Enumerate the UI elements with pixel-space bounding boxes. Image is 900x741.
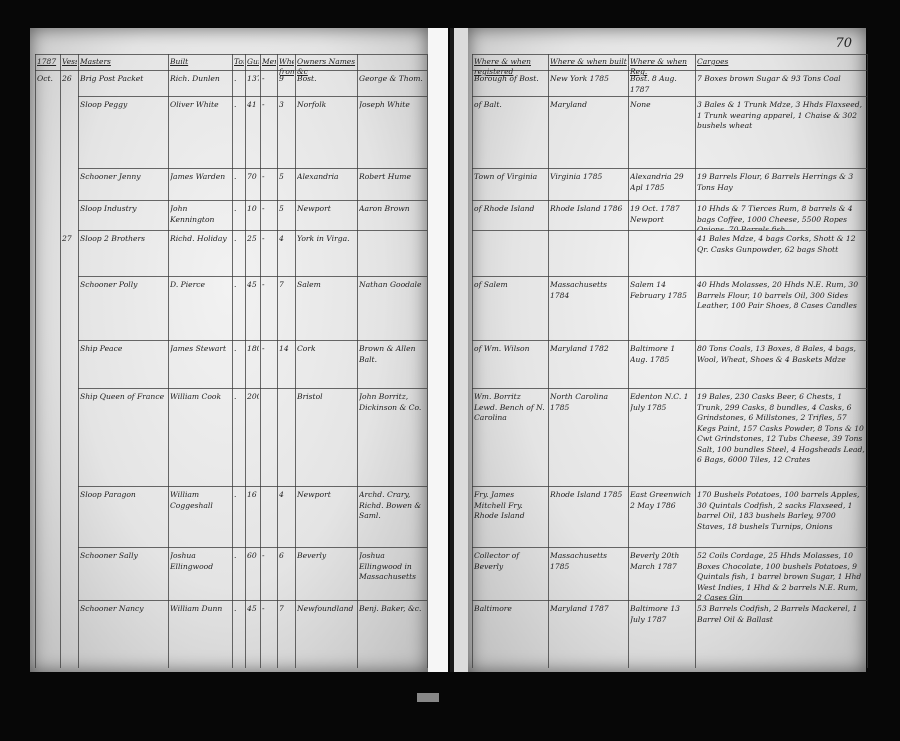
entry-month [37, 172, 59, 200]
entry-guns: - [262, 204, 276, 230]
entry-vessel: Schooner Nancy [80, 604, 167, 668]
row-rule [78, 600, 427, 601]
entry-day [62, 490, 77, 547]
entry-men [279, 392, 294, 486]
row-rule [78, 230, 427, 231]
entry-month [37, 204, 59, 230]
entry-tons: 41 [247, 100, 259, 168]
entry-day [62, 172, 77, 200]
entry-cargo: 7 Boxes brown Sugar & 93 Tons Coal [697, 74, 865, 96]
entry-whence: Newport [297, 204, 356, 230]
entry-owners [359, 234, 426, 276]
entry-when-registered: Alexandria 29 Apl 1785 [630, 172, 693, 200]
entry-guns: - [262, 172, 276, 200]
row-rule [472, 388, 867, 389]
entry-master: Richd. Holiday [170, 234, 231, 276]
entry-men: 6 [279, 551, 294, 600]
entry-day: 26 [62, 74, 77, 96]
entry-when-registered [630, 234, 693, 276]
entry-place-registered: Fry. James Mitchell Fry. Rhode Island [474, 490, 546, 547]
entry-whence: York in Virga. [297, 234, 356, 276]
entry-men: 14 [279, 344, 294, 388]
entry-when-registered: East Greenwich 2 May 1786 [630, 490, 693, 547]
entry-guns: - [262, 551, 276, 600]
row-rule [78, 486, 427, 487]
entry-whence: Newfoundland [297, 604, 356, 668]
entry-day [62, 551, 77, 600]
entry-month [37, 280, 59, 340]
entry-whence: Beverly [297, 551, 356, 600]
entry-tons: 45 [247, 280, 259, 340]
entry-built: . [234, 100, 244, 168]
row-rule [472, 96, 867, 97]
entry-vessel: Ship Peace [80, 344, 167, 388]
entry-day [62, 100, 77, 168]
entry-day [62, 392, 77, 486]
entry-month [37, 392, 59, 486]
entry-day: 27 [62, 234, 77, 276]
entry-vessel: Schooner Sally [80, 551, 167, 600]
entry-place-registered: Baltimore [474, 604, 546, 668]
header-rule [472, 54, 867, 55]
entry-guns: - [262, 100, 276, 168]
entry-cargo: 19 Bales, 230 Casks Beer, 6 Chests, 1 Tr… [697, 392, 865, 486]
entry-owners: Robert Hume [359, 172, 426, 200]
entry-men: 3 [279, 100, 294, 168]
entry-men: 5 [279, 172, 294, 200]
entry-built: . [234, 392, 244, 486]
entry-men: 5 [279, 204, 294, 230]
entry-built: . [234, 490, 244, 547]
row-rule [472, 547, 867, 548]
entry-whence: Cork [297, 344, 356, 388]
entry-built: . [234, 344, 244, 388]
entry-guns: - [262, 234, 276, 276]
column-header: Masters [80, 57, 167, 67]
entry-cargo: 170 Bushels Potatoes, 100 barrels Apples… [697, 490, 865, 547]
entry-owners: George & Thom. [359, 74, 426, 96]
entry-vessel: Ship Queen of France [80, 392, 167, 486]
column-rule [78, 54, 79, 668]
entry-guns [262, 392, 276, 486]
column-header: Where & when built [550, 57, 627, 67]
entry-owners: John Borritz, Dickinson & Co. [359, 392, 426, 486]
row-rule [78, 340, 427, 341]
row-rule [472, 168, 867, 169]
entry-when-registered: Beverly 20th March 1787 [630, 551, 693, 600]
entry-place-registered: of Rhode Island [474, 204, 546, 230]
column-header: Men [262, 57, 276, 67]
entry-master: William Dunn [170, 604, 231, 668]
row-rule [472, 200, 867, 201]
entry-day [62, 204, 77, 230]
entry-where-built: Maryland 1787 [550, 604, 626, 668]
entry-place-registered: Borough of Bost. [474, 74, 546, 96]
entry-month [37, 604, 59, 668]
column-rule [60, 54, 61, 668]
entry-where-built: Rhode Island 1786 [550, 204, 626, 230]
header-rule [35, 70, 427, 71]
column-header: Tons [234, 57, 244, 67]
entry-month [37, 551, 59, 600]
entry-tons: 200 [247, 392, 259, 486]
entry-master: William Cook [170, 392, 231, 486]
entry-whence: Norfolk [297, 100, 356, 168]
entry-month: Oct. [37, 74, 59, 96]
entry-place-registered: Collector of Beverly [474, 551, 546, 600]
column-rule [695, 54, 696, 668]
entry-month [37, 490, 59, 547]
row-rule [472, 600, 867, 601]
entry-whence: Newport [297, 490, 356, 547]
entry-built: . [234, 172, 244, 200]
column-rule [35, 54, 36, 668]
entry-guns: - [262, 344, 276, 388]
entry-when-registered: None [630, 100, 693, 168]
row-rule [78, 547, 427, 548]
row-rule [78, 200, 427, 201]
entry-owners: Aaron Brown [359, 204, 426, 230]
entry-master: Rich. Dunlen [170, 74, 231, 96]
entry-place-registered: Town of Virginia [474, 172, 546, 200]
entry-when-registered: Bost. 8 Aug. 1787 [630, 74, 693, 96]
entry-owners: Nathan Goodale [359, 280, 426, 340]
entry-day [62, 280, 77, 340]
entry-built: . [234, 204, 244, 230]
entry-built: . [234, 234, 244, 276]
column-rule [867, 54, 868, 668]
entry-master: Joshua Ellingwood [170, 551, 231, 600]
entry-when-registered: Salem 14 February 1785 [630, 280, 693, 340]
column-rule [260, 54, 261, 668]
entry-vessel: Sloop 2 Brothers [80, 234, 167, 276]
entry-tons: 16 [247, 490, 259, 547]
entry-when-registered: Edenton N.C. 1 July 1785 [630, 392, 693, 486]
column-rule [548, 54, 549, 668]
entry-where-built: Virginia 1785 [550, 172, 626, 200]
entry-cargo: 10 Hhds & 7 Tierces Rum, 8 barrels & 4 b… [697, 204, 865, 230]
header-rule [35, 54, 427, 55]
entry-place-registered: Wm. Borritz Lewd. Bench of N. Carolina [474, 392, 546, 486]
entry-cargo: 3 Bales & 1 Trunk Mdze, 3 Hhds Flaxseed,… [697, 100, 865, 168]
entry-men: 9 [279, 74, 294, 96]
entry-month [37, 234, 59, 276]
entry-where-built [550, 234, 626, 276]
entry-men: 7 [279, 604, 294, 668]
archive-label [417, 693, 439, 702]
entry-owners: Brown & Allen Balt. [359, 344, 426, 388]
entry-whence: Bristol [297, 392, 356, 486]
entry-tons: 137 [247, 74, 259, 96]
column-header: Vessels [62, 57, 77, 67]
entry-cargo: 80 Tons Coals, 13 Boxes, 8 Bales, 4 bags… [697, 344, 865, 388]
entry-place-registered: of Salem [474, 280, 546, 340]
entry-guns: - [262, 74, 276, 96]
entry-built: . [234, 551, 244, 600]
page-number: 70 [835, 36, 852, 51]
entry-built: . [234, 604, 244, 668]
entry-when-registered: 19 Oct. 1787 Newport [630, 204, 693, 230]
entry-master: D. Pierce [170, 280, 231, 340]
entry-whence: Bost. [297, 74, 356, 96]
book-gutter [454, 28, 468, 672]
entry-when-registered: Baltimore 1 Aug. 1785 [630, 344, 693, 388]
entry-day [62, 604, 77, 668]
entry-tons: 45 [247, 604, 259, 668]
entry-vessel: Schooner Polly [80, 280, 167, 340]
entry-master: Oliver White [170, 100, 231, 168]
column-rule [357, 54, 358, 668]
column-rule [472, 54, 473, 668]
entry-guns: - [262, 604, 276, 668]
entry-where-built: Maryland [550, 100, 626, 168]
entry-tons: 25 [247, 234, 259, 276]
entry-place-registered [474, 234, 546, 276]
column-rule [168, 54, 169, 668]
entry-day [62, 344, 77, 388]
entry-month [37, 100, 59, 168]
entry-men: 4 [279, 490, 294, 547]
entry-master: James Stewart [170, 344, 231, 388]
column-header: Built [170, 57, 231, 67]
entry-master: John Kennington [170, 204, 231, 230]
entry-built: . [234, 280, 244, 340]
column-rule [277, 54, 278, 668]
entry-cargo: 53 Barrels Codfish, 2 Barrels Mackerel, … [697, 604, 865, 668]
column-header: Guns [247, 57, 259, 67]
entry-cargo: 19 Barrels Flour, 6 Barrels Herrings & 3… [697, 172, 865, 200]
column-rule [232, 54, 233, 668]
entry-guns [262, 490, 276, 547]
entry-owners: Archd. Crary, Richd. Bowen & Saml. [359, 490, 426, 547]
entry-where-built: Massachusetts 1785 [550, 551, 626, 600]
entry-owners: Joseph White [359, 100, 426, 168]
entry-vessel: Brig Post Packet [80, 74, 167, 96]
row-rule [472, 230, 867, 231]
entry-where-built: Rhode Island 1785 [550, 490, 626, 547]
entry-owners: Joshua Ellingwood in Massachusetts [359, 551, 426, 600]
entry-owners: Benj. Baker, &c. [359, 604, 426, 668]
entry-vessel: Schooner Jenny [80, 172, 167, 200]
row-rule [472, 276, 867, 277]
entry-place-registered: of Wm. Wilson [474, 344, 546, 388]
entry-whence: Salem [297, 280, 356, 340]
column-rule [295, 54, 296, 668]
entry-guns: - [262, 280, 276, 340]
entry-where-built: Maryland 1782 [550, 344, 626, 388]
book-gutter [428, 28, 448, 672]
row-rule [472, 486, 867, 487]
column-rule [427, 54, 428, 668]
column-header: Cargoes [697, 57, 866, 67]
entry-tons: 60 [247, 551, 259, 600]
entry-tons: 10 [247, 204, 259, 230]
entry-tons: 180 [247, 344, 259, 388]
column-header: 1787 [37, 57, 59, 67]
entry-built: . [234, 74, 244, 96]
entry-vessel: Sloop Peggy [80, 100, 167, 168]
row-rule [78, 96, 427, 97]
column-rule [245, 54, 246, 668]
entry-month [37, 344, 59, 388]
entry-master: William Coggeshall [170, 490, 231, 547]
entry-men: 7 [279, 280, 294, 340]
entry-where-built: Massachusetts 1784 [550, 280, 626, 340]
entry-cargo: 52 Coils Cordage, 25 Hhds Molasses, 10 B… [697, 551, 865, 600]
row-rule [78, 276, 427, 277]
entry-vessel: Sloop Industry [80, 204, 167, 230]
row-rule [472, 340, 867, 341]
entry-cargo: 40 Hhds Molasses, 20 Hhds N.E. Rum, 30 B… [697, 280, 865, 340]
entry-men: 4 [279, 234, 294, 276]
entry-place-registered: of Balt. [474, 100, 546, 168]
entry-where-built: New York 1785 [550, 74, 626, 96]
row-rule [78, 168, 427, 169]
entry-cargo: 41 Bales Mdze, 4 bags Corks, Shott & 12 … [697, 234, 865, 276]
entry-master: James Warden [170, 172, 231, 200]
entry-whence: Alexandria [297, 172, 356, 200]
entry-when-registered: Baltimore 13 July 1787 [630, 604, 693, 668]
entry-vessel: Sloop Paragon [80, 490, 167, 547]
entry-tons: 70 [247, 172, 259, 200]
column-rule [628, 54, 629, 668]
row-rule [78, 388, 427, 389]
entry-where-built: North Carolina 1785 [550, 392, 626, 486]
